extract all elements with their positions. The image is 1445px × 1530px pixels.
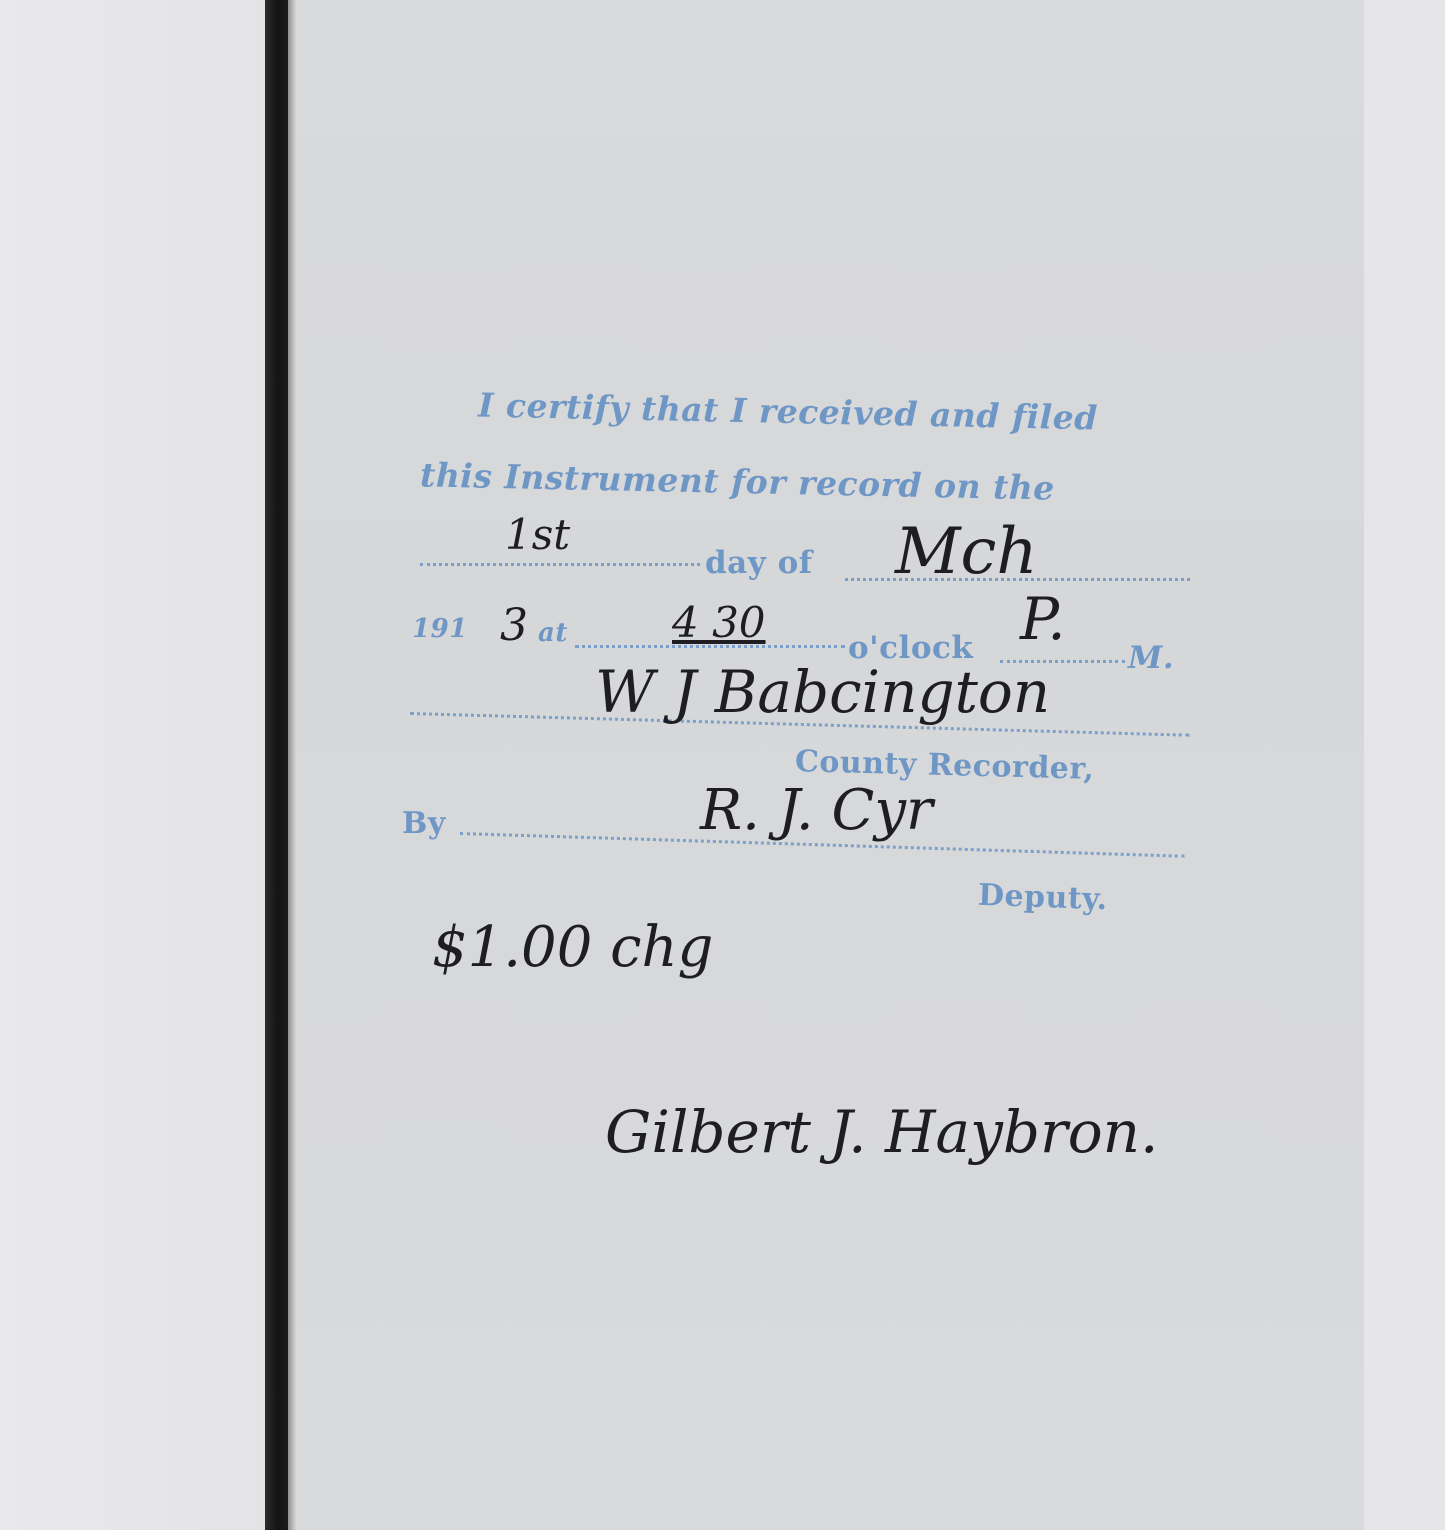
background-right xyxy=(1364,0,1445,1530)
stamp-meridiem: M. xyxy=(1128,640,1174,676)
fee-note: $1.00 chg xyxy=(432,915,713,980)
handwritten-time: 4 30 xyxy=(672,598,766,647)
handwritten-month: Mch xyxy=(895,515,1038,589)
handwritten-year-digit: 3 xyxy=(500,600,528,651)
grantor-signature: Gilbert J. Haybron. xyxy=(605,1098,1158,1166)
recorder-signature: W J Babcington xyxy=(595,658,1050,726)
background-left xyxy=(0,0,275,1530)
deputy-signature: R. J. Cyr xyxy=(700,778,933,843)
handwritten-day: 1st xyxy=(505,510,570,559)
handwritten-meridiem: P. xyxy=(1020,585,1066,653)
stamp-by: By xyxy=(402,806,446,841)
stamp-year-prefix: 191 xyxy=(412,614,468,644)
stamp-deputy: Deputy. xyxy=(977,878,1108,918)
stamp-at: at xyxy=(538,618,568,648)
stamp-day-of: day of xyxy=(705,545,813,581)
day-rule xyxy=(420,563,700,566)
